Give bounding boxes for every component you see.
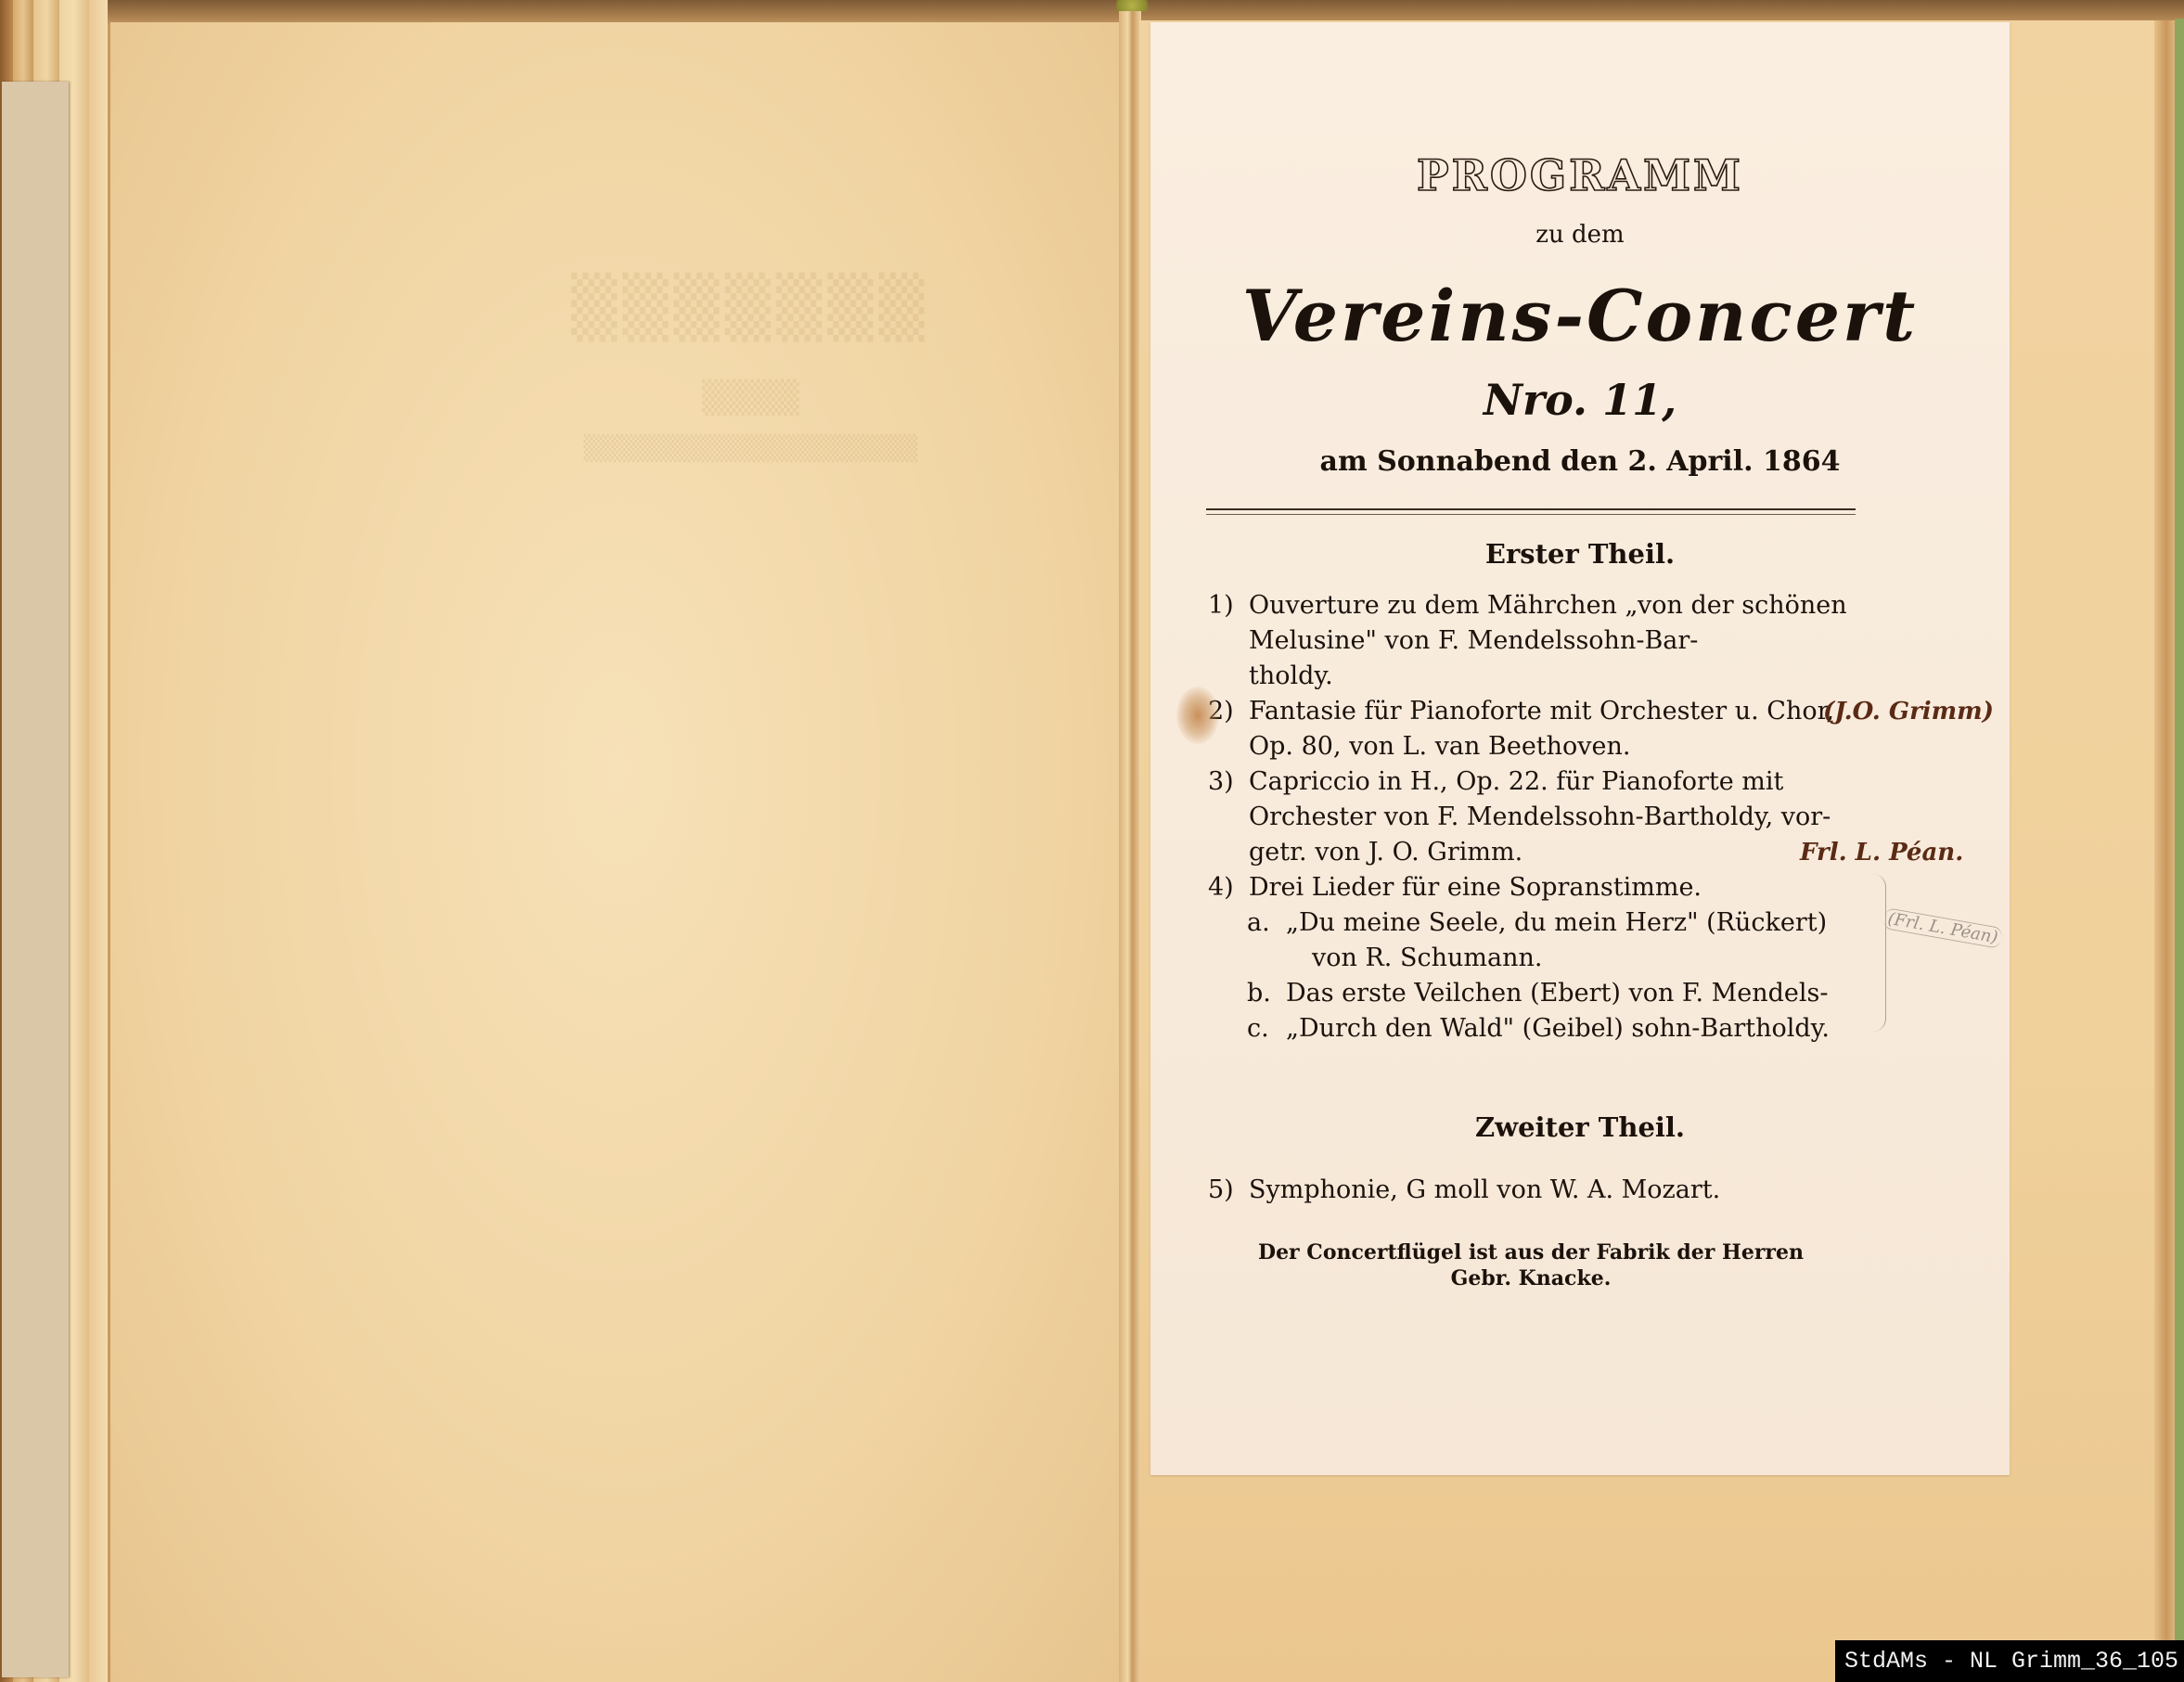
inserted-paper-slip [2,82,69,1677]
bleed-through-text: ▒▒▒▒▒▒▒ ▒▒▒▒ ▒▒▒▒▒▒▒▒▒▒▒▒▒▒▒▒▒▒ [491,273,1010,463]
sub-item-letter: b. [1247,976,1271,1011]
part-one-title: Erster Theil. [1150,538,2010,570]
item-line: Op. 80, von L. van Beethoven. [1249,729,1885,764]
item-line: Melusine" von F. Mendelssohn-Bar- [1249,623,1885,659]
item-line: Ouverture zu dem Mährchen „von der schön… [1249,588,1885,623]
item-line: Drei Lieder für eine Sopranstimme. [1249,870,1885,905]
item-line: Orchester von F. Mendelssohn-Bartholdy, … [1249,800,1885,835]
item-line: Symphonie, G moll von W. A. Mozart. [1249,1173,1885,1208]
part-two-title: Zweiter Theil. [1150,1111,2010,1143]
item-line: getr. von J. O. Grimm. [1249,835,1885,870]
item-number: 3) [1208,764,1234,800]
concert-program-sheet: PROGRAMM zu dem Vereins-Concert Nro. 11,… [1150,22,2010,1475]
footnote-line: Der Concertflügel ist aus der Fabrik der… [1206,1239,1856,1265]
left-page: ▒▒▒▒▒▒▒ ▒▒▒▒ ▒▒▒▒▒▒▒▒▒▒▒▒▒▒▒▒▒▒ [109,22,1124,1682]
piano-maker-footnote: Der Concertflügel ist aus der Fabrik der… [1206,1239,1856,1291]
part-two-items: 5) Symphonie, G moll von W. A. Mozart. [1208,1173,1885,1208]
binding-thread [1109,0,1155,11]
item-line: Capriccio in H., Op. 22. für Pianoforte … [1249,764,1885,800]
program-item: 4) Drei Lieder für eine Sopranstimme. [1208,870,1885,905]
item-line: tholdy. [1249,659,1885,694]
program-subtitle: zu dem [1150,221,2010,249]
sub-item-letter: a. [1247,905,1270,941]
handwritten-note: (J.O. Grimm) [1823,698,1994,725]
program-item: 3) Capriccio in H., Op. 22. für Pianofor… [1208,764,1885,870]
sub-item-letter: c. [1247,1011,1269,1046]
footnote-line: Gebr. Knacke. [1206,1265,1856,1291]
item-number: 4) [1208,870,1234,905]
program-item: 1) Ouverture zu dem Mährchen „von der sc… [1208,588,1885,694]
item-line: Das erste Veilchen (Ebert) von F. Mendel… [1286,976,1885,1011]
divider-rule [1206,508,1856,515]
program-sub-item: c. „Durch den Wald" (Geibel) sohn-Bartho… [1208,1011,1885,1046]
pencil-note: (Frl. L. Péan) [1882,907,2003,949]
pencil-bracket [1870,874,1886,1032]
concert-number: Nro. 11, [1150,375,2010,425]
program-sub-item: a. „Du meine Seele, du mein Herz" (Rücke… [1208,905,1885,976]
archive-label: StdAMs - NL Grimm_36_105 [1835,1640,2184,1682]
event-title: Vereins-Concert [1150,275,2010,357]
item-number: 1) [1208,588,1234,623]
green-book-cover [2175,19,2184,1682]
item-number: 5) [1208,1173,1234,1208]
item-line: „Du meine Seele, du mein Herz" (Rückert) [1286,905,1885,941]
page-stack-edge [89,0,108,1682]
program-item: 5) Symphonie, G moll von W. A. Mozart. [1208,1173,1885,1208]
program-sub-item: b. Das erste Veilchen (Ebert) von F. Men… [1208,976,1885,1011]
item-line: „Durch den Wald" (Geibel) sohn-Bartholdy… [1286,1011,1885,1046]
item-line: Fantasie für Pianoforte mit Orchester u.… [1249,694,1885,729]
handwritten-note: Frl. L. Péan. [1800,839,1963,867]
ink-stain [1176,687,1219,744]
concert-date: am Sonnabend den 2. April. 1864 [1150,445,2010,478]
book-spine-gutter [1119,0,1141,1682]
program-title: PROGRAMM [1150,150,2010,200]
program-item: 2) Fantasie für Pianoforte mit Orchester… [1208,694,1885,764]
part-one-items: 1) Ouverture zu dem Mährchen „von der sc… [1208,588,1885,1046]
item-line: von R. Schumann. [1286,941,1885,976]
